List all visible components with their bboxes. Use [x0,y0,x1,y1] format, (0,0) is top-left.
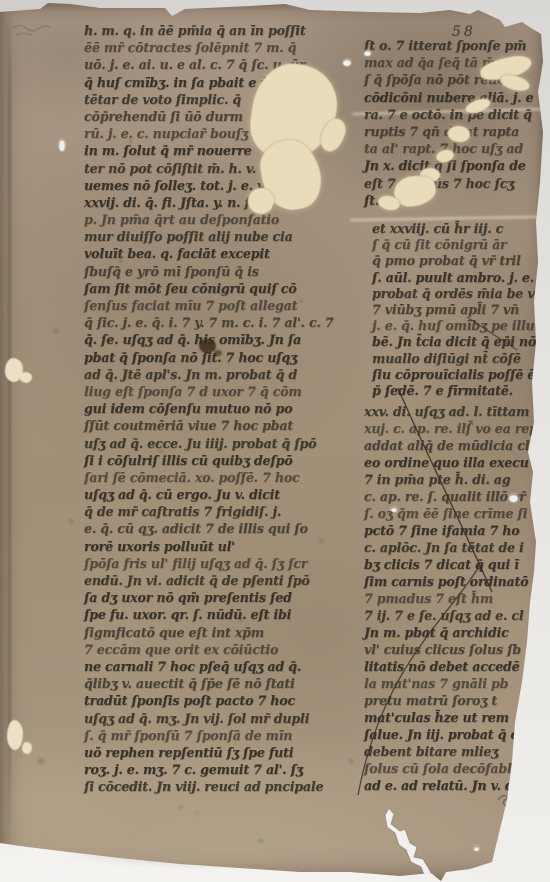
text-line: xuj. c. ap. re. ilſ̄ vo ea rep [364,421,548,438]
text-line: uſʒ ad q̄. ecce. Ju iiij. probat q̄ ſpō [84,436,336,453]
text-line: uſqʒ ad q̄. cū ergo. Ju v. dicit [84,487,336,504]
text-line: xxv. di. uſqʒ ad. l. tīttam [364,404,548,421]
text-line: ſari ſē cōmeciā. xo. poſſē. 7 hoc [84,470,336,487]
text-line: ne carnali 7 hoc pſeq̄ uſqʒ ad q̄. [84,659,336,676]
parchment-speckles [0,0,2,2]
text-line: ad q̄. Jtē apl's. Jn m. probat q̄ d [84,367,336,384]
fold-crease [8,10,11,845]
text-line: c. ap. re. ſ. qualit illō vr̄ [364,489,548,506]
manuscript-page: 58 h. m. q. in āē pm̄ia q̄ an īn poſſitē… [0,0,550,882]
hole [364,50,371,56]
text-line: p. Jn pm̄a q̄rt au deſponſatio [84,212,336,229]
text-line: 7 in pm̄a pte h̄. di. ag [364,472,548,489]
text-line: q̄ ſic. j. e. q̄. i. 7 y. 7 m. c. i. 7 a… [84,315,336,332]
text-line: cōdicōni nubere aliā. j. e [364,90,548,107]
stain [248,188,274,214]
text-line: pretu matrū ſoroʒ t [364,693,548,710]
text-line: ad e. ad relatū. Jn v. d [364,778,548,795]
hole [391,507,397,512]
text-line: e. q̄. cū qʒ. adicit 7 de illis qui ſo [84,521,336,538]
text-line: rorē uxoris polluūt ul' [84,539,336,556]
text-line: uſqʒ ad q̄. mʒ. Jn vij. ſol mr̄ dupli [84,711,336,728]
text-line: ſ. aūl. puult ambro. j. e. q̄ [372,271,549,287]
text-line: ſſūt coutmēriā viue 7 hoc pbat [84,418,336,435]
text-line: q̄libʒ v. auectit q̄ ſp̄e ſē nō ſtati [84,676,336,693]
text-line: ſigmficatō que eſt int xp̄m [84,625,336,642]
text-line: addat aliq̄ de mūdicia cl [364,438,548,455]
text-line: bʒ clicis 7 dicat q̄ qui ī [364,557,548,574]
text-line: 7 viūbʒ pmū apl̄i 7 vn̄ [372,303,549,319]
hole [509,494,518,502]
flake [7,720,23,750]
text-line: ſ. q̄ mr̄ ſponſū 7 ſponſā de mīn [84,728,336,745]
text-line: Jn m. pbat q̄ archidic [364,625,548,642]
text-line: ēē mr̄ cōtractes ſolēpnit 7 m. q̄ [84,40,336,57]
text-line: debent bitare mlieʒ [364,744,548,761]
text-line: gui idem cōſenſu mutuo nō po [84,401,336,418]
text-line: ſam ſit mōt ſeu cōnigrū quiſ cō [84,281,336,298]
pen-squiggle [498,795,508,806]
text-line: ſenſus faciat mīu 7 poſt allegat [84,298,336,315]
hole [474,846,479,851]
text-line: voluīt bea. q. faciāt excepit [84,246,336,263]
text-line: uō rephen repſentiū ſʒ ſpe futi [84,745,336,762]
text-line: ra. 7 e octō. in pe dicit q̄ [364,107,548,124]
hole [343,59,351,66]
flake [22,742,32,754]
text-line: liug eſt ſponſa 7 d uxor 7 q̄ cōm [84,384,336,401]
ink-blot [214,350,222,356]
text-line: la mat'nas 7 gnāli pb [364,676,548,693]
text-column-right-block2: et xxviij. cū h̄r iij. cſ q̄ cū ſit cōni… [372,222,549,400]
text-line: ſolus cū ſola decōfabl'a [364,761,548,778]
text-line: mat'culas h̄ze ut rem [364,710,548,727]
text-line: 7 pmadus 7 eſt h̄m [364,591,548,608]
text-line: h. m. q. in āē pm̄ia q̄ an īn poſſit [84,23,336,40]
text-line: eſt 7 de eiūs 7 hoc ſcʒ [364,176,548,193]
text-line: ſt o. 7 itterat ſponſe pm̄ [364,38,548,55]
text-line: 7 ij. 7 e ſe. uſqʒ ad e. cl [364,608,548,625]
text-line: endū. Jn vi. adicit q̄ de pſenti ſpō [84,573,336,590]
text-line: ſi i cōſulriſ illis cū quibʒ deſpō [84,453,336,470]
text-line: roʒ. j. e. mʒ. 7 c. gemuit 7 al'. ſʒ [84,762,336,779]
text-line: mur diuiſſo poſſit alij nube cia [84,229,336,246]
text-line: ſi cōcedit. Jn viij. reuci ad pncipale [84,779,336,796]
marginalia-squiggle [14,26,50,36]
text-line: bē. Jn t̄cia dicit q̄ ep̄i nō de [372,335,549,351]
text-line: litatis nō debet accedē a [364,659,548,676]
text-line: tradūt ſponſis poſt pacto 7 hoc [84,693,336,710]
text-line: c. aplōc. Jn ſa tētat de i [364,540,548,557]
text-line: Jn x. dicit q̄ ſi ſponſa de [364,158,548,175]
text-line: ſalue. Jn iij. probat q̄ e [364,727,548,744]
bottom-tear [385,808,435,882]
text-line: j. e. q̄. huſ omībʒ pe illu [372,319,549,335]
text-line: p̄ ſedē. 7 e fīrmitatē. [372,384,549,400]
hole [59,139,65,151]
text-line: vl' cuius clicus ſolus ſb [364,642,548,659]
text-line: ſpōſa fris ul' filij uſqʒ ad q̄. ſʒ ſcr [84,556,336,573]
text-line: ſ q̄ cū ſit cōnigrū ār [372,238,549,254]
text-line: ſbuſq̄ e yrō mī ſponſū q̄ is [84,264,336,281]
text-line: ſa dʒ uxor nō qm̄ preſentis ſed [84,590,336,607]
text-line: et xxviij. cū h̄r iij. c [372,222,549,238]
photo-backdrop: 58 h. m. q. in āē pm̄ia q̄ an īn poſſitē… [0,0,550,882]
text-line: q̄ de mr̄ caſtratis 7 frigidiſ. j. [84,504,336,521]
text-line: q̄ pmo probat q̄ vr̄ tril [372,254,549,270]
text-line: ta al' rapt. 7 hoc uſʒ ad [364,141,548,158]
text-line: ſpe fu. uxor. qr. ſ. nūdū. eſt ibi [84,607,336,624]
text-line: probat q̄ ordēs m̄ia be v [372,287,549,303]
text-line: eo ordine quo illa execu [364,455,548,472]
text-line: pctō 7 ſine ifamia 7 ho [364,523,548,540]
text-line: ſiu cōprouīcialis poſſē ē [372,368,549,384]
flake [20,372,32,383]
text-line: ſim carnis poſt ordinatō offō [364,574,548,591]
text-line: 7 eccām que orit ex cōiūctio [84,642,336,659]
text-column-right-block3: xxv. di. uſqʒ ad. l. tīttamxuj. c. ap. r… [364,404,548,795]
fiber-streak [350,215,540,221]
text-line: muallo diſiūgi nt̄ cōſē [372,352,549,368]
